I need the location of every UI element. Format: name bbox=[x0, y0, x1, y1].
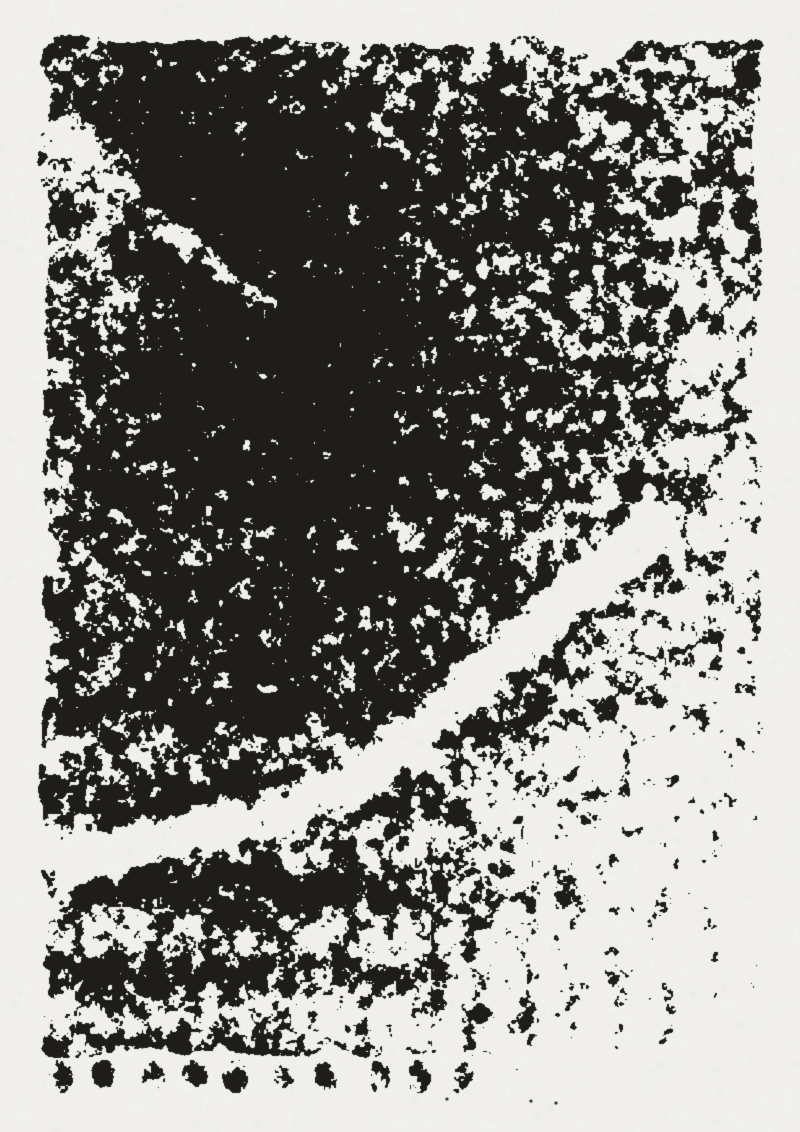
halftone-print-canvas bbox=[0, 0, 800, 1132]
scanned-document-page bbox=[0, 0, 800, 1132]
halftone-textile-print bbox=[0, 0, 800, 1132]
